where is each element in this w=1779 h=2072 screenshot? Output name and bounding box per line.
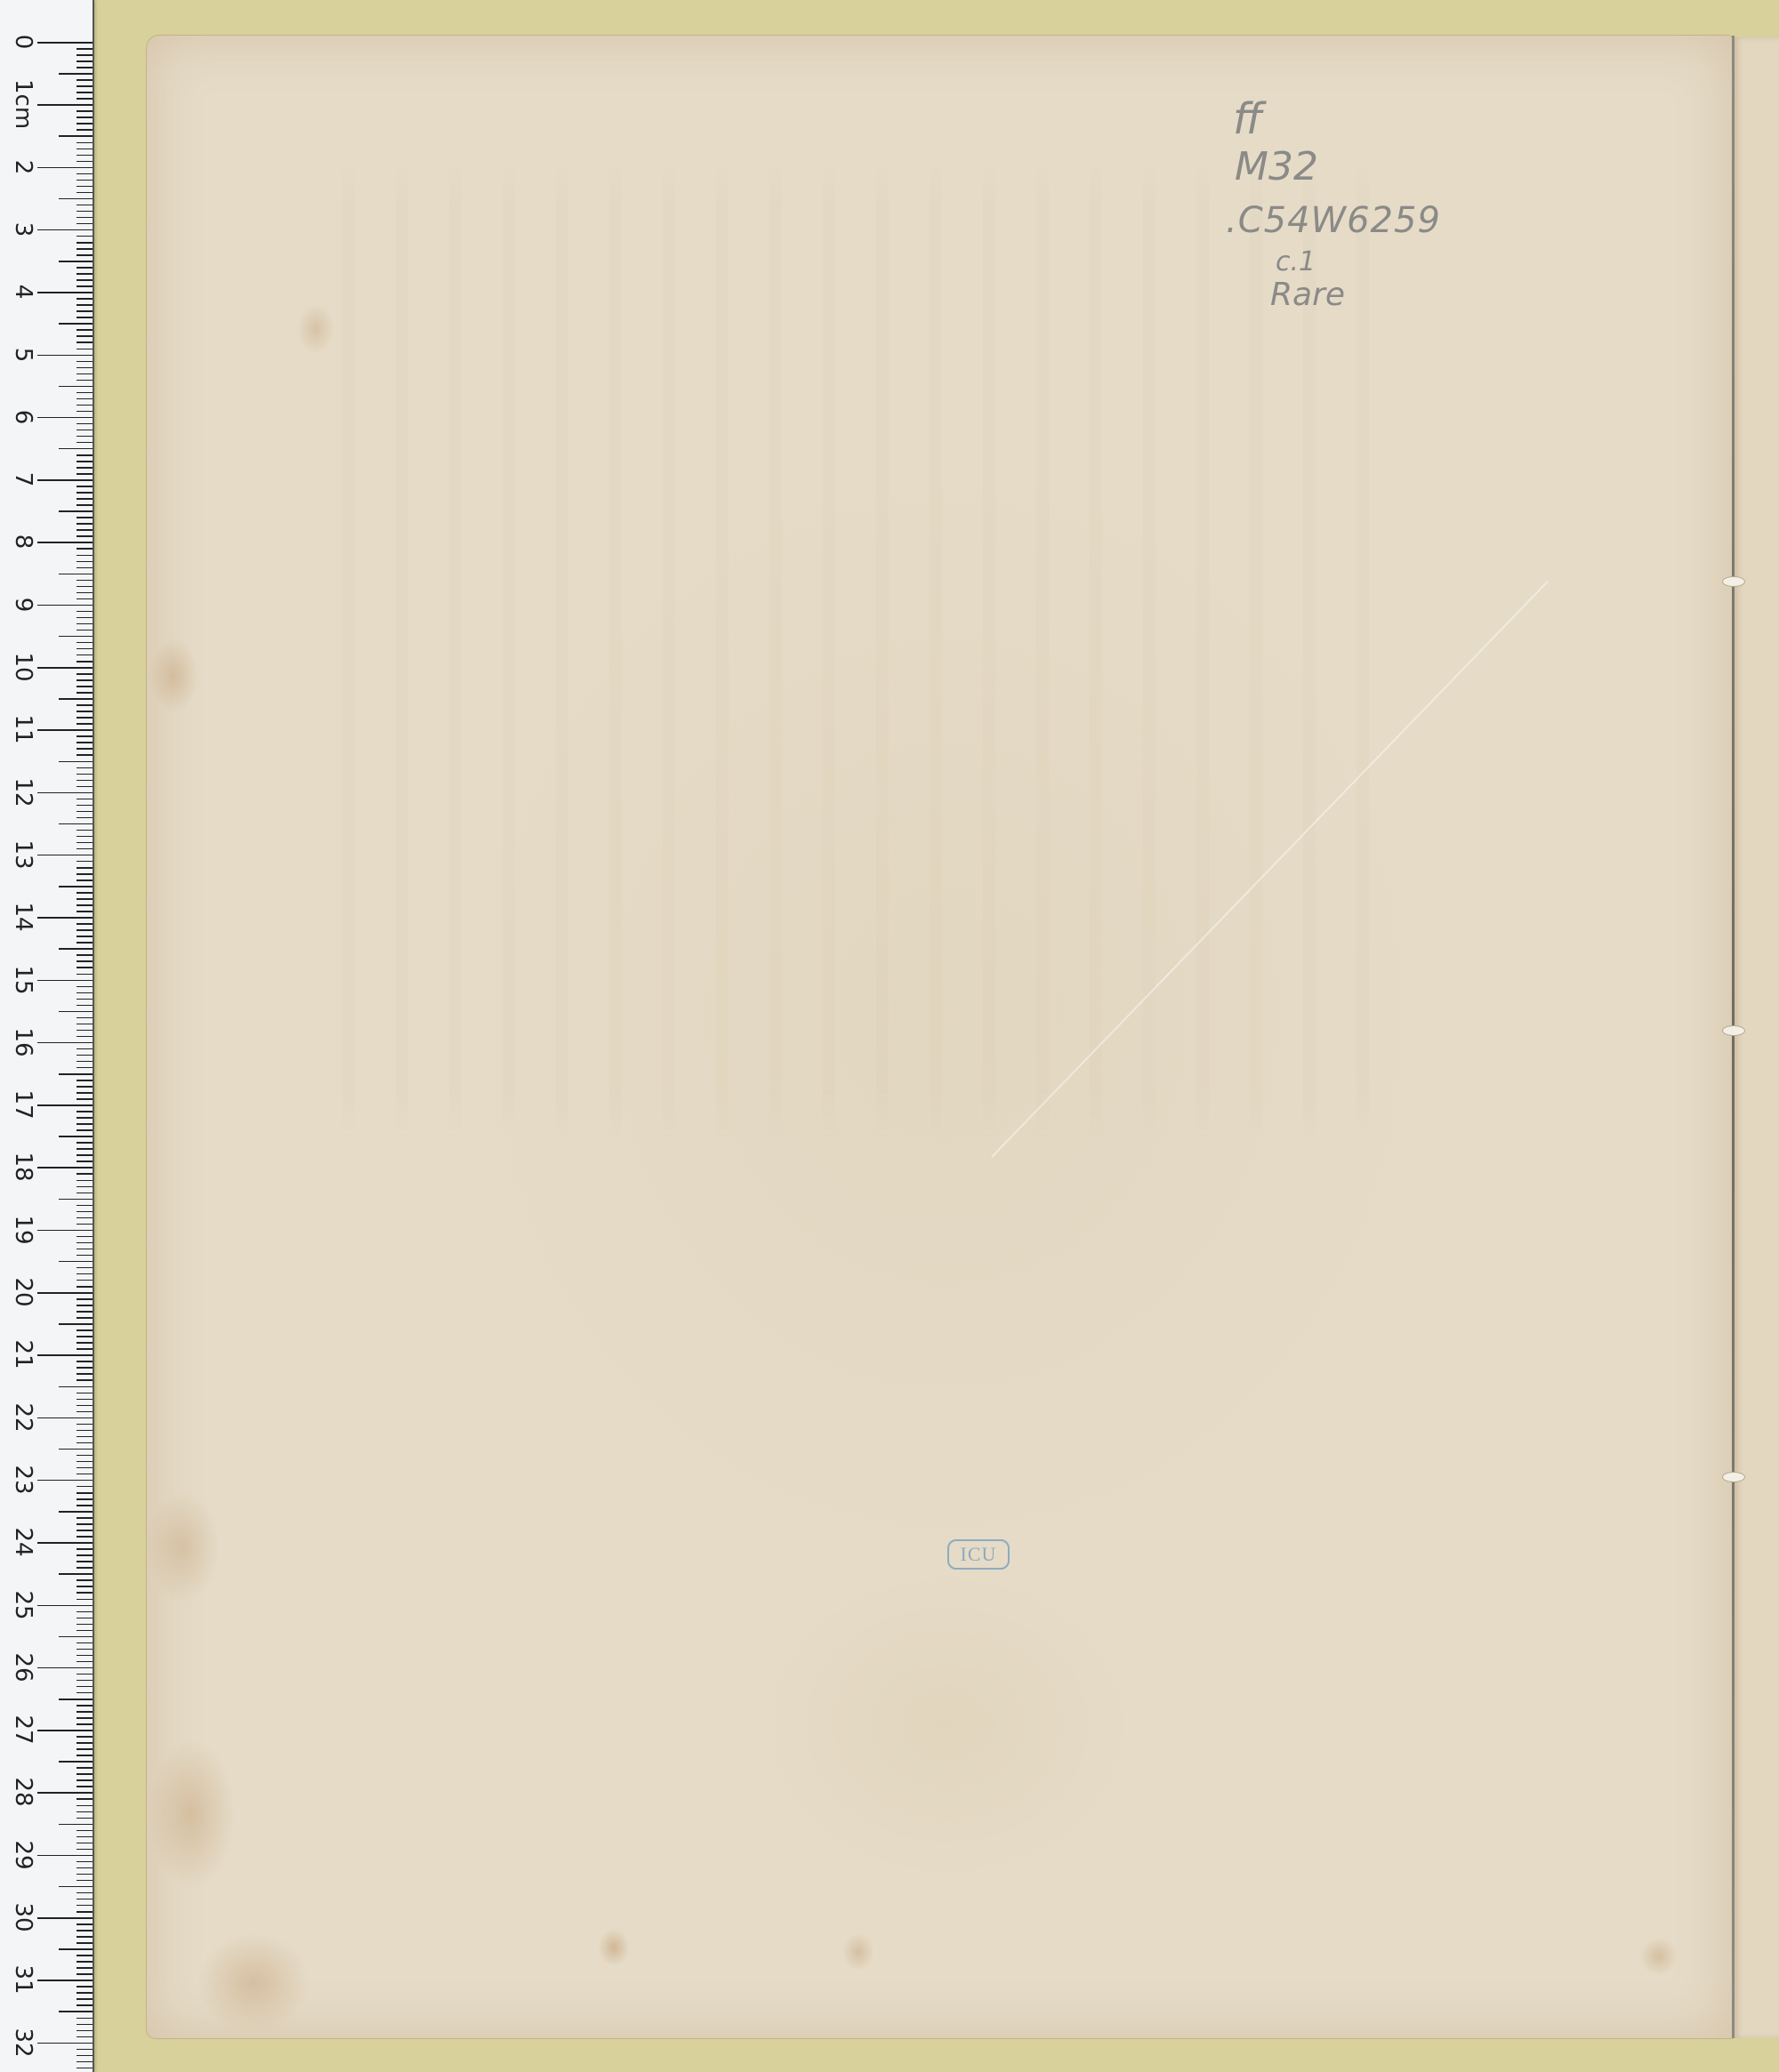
- ruler-tick: [76, 1536, 93, 1538]
- ruler-tick: [76, 692, 93, 694]
- ruler-tick: [76, 1311, 93, 1313]
- ruler-tick: [76, 1092, 93, 1094]
- ruler-tick: [76, 704, 93, 706]
- ruler-tick: [76, 1611, 93, 1613]
- ruler-tick: [76, 1455, 93, 1457]
- ruler-tick: [76, 630, 93, 631]
- ruler-tick: [59, 1573, 93, 1575]
- ruler-tick: [76, 723, 93, 725]
- ruler-tick: [76, 1973, 93, 1975]
- ruler-tick: [76, 161, 93, 163]
- ruler-tick: [76, 2030, 93, 2032]
- ruler-tick: [76, 598, 93, 600]
- ruler-tick: [76, 1773, 93, 1775]
- ruler-tick: [76, 1618, 93, 1619]
- ruler-tick: [76, 129, 93, 131]
- ruler-tick: [59, 1761, 93, 1763]
- ruler-tick: [76, 679, 93, 681]
- ruler-tick: [76, 248, 93, 250]
- ruler-tick: [76, 349, 93, 350]
- ruler-tick: [76, 754, 93, 756]
- ruler-tick: [76, 1411, 93, 1413]
- ruler-tick: [76, 1661, 93, 1663]
- ruler-tick: [76, 1249, 93, 1250]
- ruler-tick: [76, 367, 93, 369]
- ruler-tick: [76, 1880, 93, 1882]
- ruler-tick: [76, 492, 93, 494]
- ruler-tick: [59, 1699, 93, 1700]
- ruler-tick: [59, 1199, 93, 1201]
- ruler-tick: [59, 1011, 93, 1013]
- ruler-tick: [76, 1217, 93, 1219]
- ruler-tick: [76, 1579, 93, 1581]
- ruler-label: 27: [10, 1714, 36, 1746]
- ruler-tick: [76, 180, 93, 181]
- ruler-tick: [76, 742, 93, 743]
- ruler-tick: [76, 442, 93, 444]
- ruler-tick: [76, 1399, 93, 1401]
- ruler-tick: [76, 974, 93, 976]
- ruler-tick: [76, 1055, 93, 1056]
- ruler-tick: [76, 142, 93, 144]
- ruler-tick: [76, 2004, 93, 2006]
- ruler-label: 29: [10, 1839, 36, 1871]
- ruler-tick: [37, 667, 93, 669]
- ruler-tick: [76, 1024, 93, 1025]
- ruler-tick: [76, 1849, 93, 1851]
- ruler-label: 32: [10, 2027, 36, 2059]
- ruler-tick: [37, 1104, 93, 1106]
- ruler-tick: [76, 873, 93, 875]
- ruler-tick: [76, 186, 93, 188]
- ruler-label: 14: [10, 901, 36, 933]
- ruler-tick: [76, 1048, 93, 1050]
- ruler-tick: [76, 85, 93, 87]
- ruler-tick: [76, 1717, 93, 1719]
- stitch-hole: [1722, 1472, 1745, 1482]
- ruler-tick: [76, 1142, 93, 1144]
- ruler-tick: [76, 1630, 93, 1632]
- ruler-tick: [76, 1836, 93, 1838]
- ruler-tick: [76, 411, 93, 413]
- ruler-tick: [76, 1867, 93, 1869]
- ruler-tick: [76, 2061, 93, 2063]
- ruler-tick: [76, 767, 93, 769]
- ruler-tick: [76, 1405, 93, 1407]
- ruler-label: 4: [10, 276, 36, 308]
- ruler-tick: [76, 655, 93, 656]
- ruler-tick: [76, 1036, 93, 1038]
- ruler-tick: [76, 1393, 93, 1394]
- ruler-tick: [76, 1430, 93, 1432]
- ruler-label: 8: [10, 526, 36, 558]
- ruler-tick: [76, 2024, 93, 2026]
- ruler-label: 30: [10, 1901, 36, 1933]
- ruler-tick: [76, 329, 93, 331]
- ruler-tick: [76, 735, 93, 737]
- ruler-tick: [76, 1336, 93, 1337]
- ruler-tick: [76, 1474, 93, 1475]
- ruler-tick: [76, 1786, 93, 1787]
- ruler-tick: [76, 623, 93, 625]
- ruler-tick: [76, 310, 93, 312]
- ruler-tick: [76, 1348, 93, 1350]
- ruler-tick: [76, 1280, 93, 1281]
- ruler-tick: [76, 1961, 93, 1963]
- ruler-tick: [76, 1680, 93, 1682]
- ruler-tick: [76, 1224, 93, 1225]
- ruler-tick: [76, 504, 93, 506]
- ruler-tick: [37, 1667, 93, 1669]
- ruler-tick: [76, 1567, 93, 1569]
- ruler-tick: [76, 298, 93, 300]
- ruler-tick: [76, 611, 93, 613]
- ruler-tick: [76, 898, 93, 900]
- ruler-tick: [76, 392, 93, 394]
- ruler-tick: [37, 1042, 93, 1044]
- ruler-tick: [76, 1561, 93, 1562]
- ruler-tick: [37, 1542, 93, 1544]
- ruler-label: 18: [10, 1151, 36, 1183]
- ruler-tick: [76, 1173, 93, 1175]
- ruler-tick: [76, 398, 93, 400]
- ruler-tick: [76, 67, 93, 68]
- ruler-tick: [76, 1498, 93, 1500]
- ruler-tick: [37, 542, 93, 543]
- ruler-label: 3: [10, 213, 36, 245]
- ruler-tick: [59, 948, 93, 950]
- ruler-tick: [37, 1167, 93, 1169]
- ruler-tick: [76, 992, 93, 994]
- ruler-tick: [37, 1792, 93, 1794]
- ruler-tick: [76, 1098, 93, 1100]
- ruler-tick: [37, 1980, 93, 1981]
- ruler-label: 19: [10, 1214, 36, 1246]
- ruler-tick: [76, 373, 93, 375]
- ruler-label: 16: [10, 1026, 36, 1058]
- ruler-tick: [76, 92, 93, 93]
- ruler-tick: [76, 1992, 93, 1994]
- ruler-tick: [76, 1592, 93, 1594]
- stitch-hole: [1722, 576, 1745, 587]
- ruler-tick: [76, 811, 93, 813]
- ruler-tick: [76, 236, 93, 237]
- ruler-tick: [37, 167, 93, 169]
- ruler-label: 9: [10, 589, 36, 621]
- ruler-tick: [76, 110, 93, 112]
- ruler-tick: [76, 498, 93, 500]
- ruler-tick: [76, 986, 93, 988]
- ruler-tick: [37, 292, 93, 293]
- ruler-tick: [59, 261, 93, 262]
- ruler-label: 23: [10, 1464, 36, 1496]
- ruler-tick: [76, 780, 93, 782]
- ruler-tick: [76, 1686, 93, 1688]
- ruler-tick: [76, 1805, 93, 1807]
- ruler-tick: [76, 1523, 93, 1525]
- ruler-tick: [76, 1930, 93, 1931]
- ruler-tick: [76, 529, 93, 531]
- ruler-tick: [76, 1467, 93, 1469]
- ruler-tick: [76, 642, 93, 644]
- ruler-tick: [59, 386, 93, 388]
- ruler-tick: [76, 929, 93, 931]
- ruler-tick: [76, 1723, 93, 1725]
- ruler-tick: [59, 1386, 93, 1388]
- ruler-tick: [59, 1449, 93, 1450]
- ruler-tick: [76, 467, 93, 469]
- ruler-tick: [59, 761, 93, 763]
- ruler-tick: [76, 1705, 93, 1707]
- ruler-label: 31: [10, 1964, 36, 1996]
- ruler-tick: [76, 861, 93, 863]
- ruler-tick: [76, 454, 93, 456]
- ruler-label: 1cm: [10, 79, 36, 129]
- ruler-tick: [76, 1086, 93, 1088]
- ruler-label: 15: [10, 964, 36, 996]
- ruler-tick: [76, 561, 93, 563]
- ruler-tick: [76, 1379, 93, 1381]
- ruler-label: 28: [10, 1776, 36, 1808]
- ruler-tick: [76, 1160, 93, 1162]
- ruler-tick: [76, 1005, 93, 1007]
- ruler-tick: [76, 848, 93, 850]
- ruler-tick: [76, 1755, 93, 1756]
- ruler-tick: [76, 1767, 93, 1769]
- ruler-tick: [76, 1186, 93, 1188]
- ruler-tick: [37, 2043, 93, 2044]
- ruler-tick: [76, 1486, 93, 1488]
- ruler-tick: [76, 711, 93, 712]
- ruler-tick: [76, 1329, 93, 1331]
- ruler-tick: [76, 1286, 93, 1288]
- ruler-tick: [76, 867, 93, 869]
- ruler-tick: [76, 98, 93, 100]
- ruler-label: 25: [10, 1589, 36, 1621]
- ruler-tick: [37, 42, 93, 44]
- ruler-tick: [37, 1230, 93, 1232]
- ruler-tick: [76, 279, 93, 281]
- ruler-tick: [37, 1605, 93, 1607]
- ruler-tick: [76, 548, 93, 550]
- ruler-tick: [76, 879, 93, 881]
- ruler-tick: [76, 1911, 93, 1913]
- ruler-tick: [76, 517, 93, 518]
- ruler-tick: [76, 1892, 93, 1894]
- ruler-label: 21: [10, 1338, 36, 1370]
- ruler-tick: [37, 729, 93, 731]
- ruler-tick: [76, 1692, 93, 1694]
- ruler-tick: [76, 960, 93, 962]
- ruler-label: 12: [10, 776, 36, 808]
- ruler-tick: [76, 486, 93, 487]
- ruler-tick: [76, 1030, 93, 1032]
- ruler-label: 5: [10, 339, 36, 371]
- ruler-tick: [76, 1255, 93, 1257]
- ruler-label: 22: [10, 1401, 36, 1434]
- ruler-tick: [37, 229, 93, 231]
- ruler-tick: [37, 1917, 93, 1919]
- ruler-tick: [59, 1636, 93, 1638]
- ruler-label: 6: [10, 401, 36, 433]
- ruler-tick: [59, 1886, 93, 1888]
- ruler-tick: [76, 1905, 93, 1907]
- ruler-tick: [76, 748, 93, 750]
- ruler-tick: [76, 1505, 93, 1506]
- ruler-tick: [76, 523, 93, 525]
- ruler-tick: [76, 205, 93, 206]
- ruler-label: 24: [10, 1526, 36, 1558]
- ruler-tick: [76, 1642, 93, 1644]
- ruler-tick: [76, 1017, 93, 1019]
- ruler-tick: [76, 335, 93, 337]
- ruler-tick: [76, 1123, 93, 1125]
- pencil-call-number: ff M32 .C54W6259 c.1 Rare: [1226, 98, 1441, 311]
- call-number-cutter: .C54W6259: [1226, 203, 1441, 238]
- ruler-tick: [76, 1624, 93, 1626]
- ruler-tick: [76, 123, 93, 124]
- ruler-tick: [76, 1649, 93, 1650]
- ruler-tick: [76, 911, 93, 912]
- copy-number: c.1: [1276, 249, 1441, 276]
- ruler-tick: [76, 1305, 93, 1306]
- ruler-tick: [59, 510, 93, 512]
- ruler-tick: [76, 954, 93, 956]
- ruler-tick: [76, 473, 93, 475]
- ruler-tick: [76, 942, 93, 944]
- ruler-tick: [76, 1955, 93, 1956]
- ruler-tick: [76, 1180, 93, 1182]
- ruler-label: 11: [10, 713, 36, 745]
- ruler-label: 7: [10, 463, 36, 495]
- ruler-tick: [76, 242, 93, 244]
- ruler-tick: [76, 1874, 93, 1875]
- ruler-tick: [37, 980, 93, 982]
- ruler-tick: [76, 1273, 93, 1275]
- ruler-tick: [76, 836, 93, 838]
- ruler-tick: [76, 211, 93, 213]
- ruler-tick: [76, 1798, 93, 1800]
- ruler-tick: [76, 405, 93, 406]
- ruler-tick: [76, 223, 93, 225]
- ruler-tick: [37, 1417, 93, 1419]
- call-number-class: M32: [1235, 148, 1441, 187]
- ruler-tick: [76, 967, 93, 968]
- ruler-tick: [59, 73, 93, 75]
- ruler-tick: [59, 1323, 93, 1325]
- ruler-tick: [76, 1317, 93, 1319]
- ruler-tick: [37, 1292, 93, 1294]
- ruler-tick: [76, 436, 93, 438]
- ruler-tick: [76, 535, 93, 537]
- ruler-tick: [76, 1461, 93, 1463]
- ruler-tick: [76, 267, 93, 269]
- ruler-tick: [76, 361, 93, 363]
- ruler-tick: [76, 1548, 93, 1550]
- ruler-tick: [76, 1674, 93, 1675]
- ruler-tick: [76, 1554, 93, 1556]
- ruler-tick: [76, 1129, 93, 1131]
- ruler-tick: [76, 1342, 93, 1344]
- ruler-tick: [76, 567, 93, 569]
- ruler-tick: [59, 1073, 93, 1075]
- ruler-label: 13: [10, 839, 36, 871]
- ruler-tick: [37, 917, 93, 919]
- ruler-tick: [76, 1193, 93, 1194]
- ruler-tick: [59, 698, 93, 700]
- ruler-tick: [76, 1367, 93, 1369]
- ruler-tick: [76, 155, 93, 157]
- ruler-tick: [76, 1148, 93, 1150]
- ruler-tick: [59, 1511, 93, 1513]
- ruler-tick: [59, 135, 93, 137]
- ruler-label: 26: [10, 1651, 36, 1683]
- ruler-tick: [76, 1830, 93, 1832]
- ruler-tick: [76, 1899, 93, 1900]
- ruler-tick: [76, 673, 93, 675]
- ruler-tick: [76, 1298, 93, 1300]
- stitch-hole: [1722, 1025, 1745, 1036]
- ruler-tick: [76, 1942, 93, 1944]
- ruler-tick: [76, 173, 93, 175]
- ruler-tick: [76, 592, 93, 594]
- binding-gutter: [1732, 36, 1735, 2038]
- ruler-tick: [76, 1373, 93, 1375]
- ruler-tick: [76, 842, 93, 844]
- ruler-tick: [59, 1948, 93, 1950]
- ruler-tick: [76, 2055, 93, 2057]
- ruler-tick: [76, 1861, 93, 1863]
- ruler-tick: [76, 1117, 93, 1119]
- ruler-tick: [76, 1242, 93, 1244]
- library-stamp: ICU: [947, 1539, 1010, 1570]
- ruler-tick: [76, 1748, 93, 1750]
- ruler-tick: [76, 285, 93, 287]
- ruler-tick: [59, 2011, 93, 2012]
- ruler-tick: [76, 1736, 93, 1738]
- ruler-tick: [76, 923, 93, 925]
- ruler-tick: [76, 717, 93, 719]
- ruler-tick: [76, 555, 93, 557]
- ruler-tick: [37, 355, 93, 357]
- collection-label: Rare: [1270, 279, 1441, 311]
- ruler-tick: [76, 1742, 93, 1744]
- ruler-tick: [59, 1136, 93, 1137]
- ruler-tick: [76, 116, 93, 118]
- ruler-tick: [76, 936, 93, 937]
- ruler-tick: [59, 1261, 93, 1263]
- ruler-tick: [76, 1111, 93, 1112]
- ruler-tick: [76, 1061, 93, 1063]
- ruler-tick: [76, 317, 93, 318]
- ruler-tick: [76, 341, 93, 343]
- ruler-tick: [76, 774, 93, 775]
- ruler-tick: [76, 149, 93, 150]
- ruler-tick: [76, 617, 93, 619]
- ruler-label: 17: [10, 1088, 36, 1120]
- ruler-tick: [59, 823, 93, 825]
- ruler-tick: [76, 1779, 93, 1781]
- ruler-tick: [76, 254, 93, 256]
- ruler-tick: [76, 1436, 93, 1438]
- ruler-tick: [76, 79, 93, 81]
- ruler-tick: [76, 817, 93, 819]
- ruler-tick: [76, 661, 93, 663]
- ruler-tick: [37, 855, 93, 856]
- ruler-tick: [59, 323, 93, 325]
- ruler-label: 10: [10, 651, 36, 683]
- ruler-tick: [76, 2068, 93, 2069]
